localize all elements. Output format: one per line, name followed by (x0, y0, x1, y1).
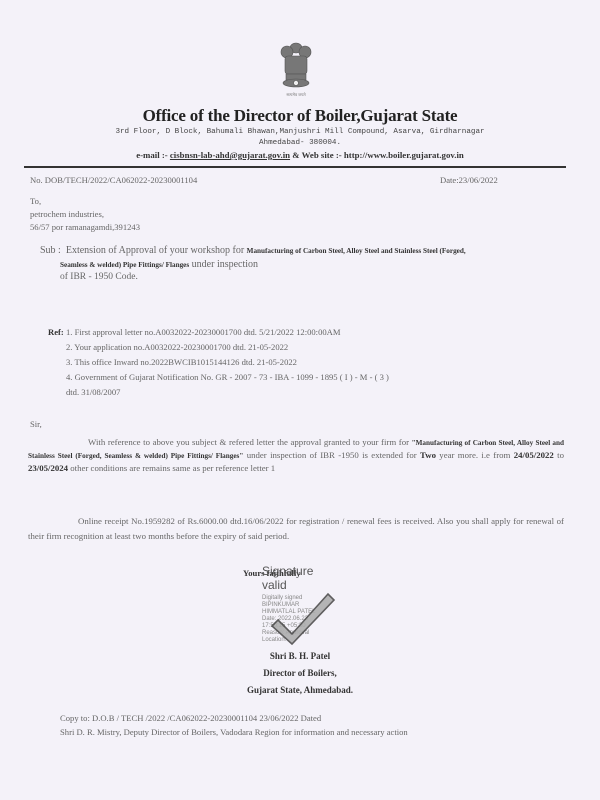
p1-term: Two (420, 450, 436, 460)
subject-text: Extension of Approval of your workshop f… (66, 245, 247, 256)
reference-item-4: 4. Government of Gujarat Notification No… (66, 372, 389, 382)
subject-label: Sub : (40, 245, 61, 256)
body-paragraph-1: With reference to above you subject & re… (28, 436, 564, 474)
subject-line-2: Seamless & welded) Pipe Fittings/ Flange… (60, 259, 258, 270)
reference-item-3: 3. This office Inward no.2022BWCIB101514… (66, 357, 297, 367)
ref-label: Ref: (48, 327, 64, 337)
office-title: Office of the Director of Boiler,Gujarat… (0, 106, 600, 126)
address-line-1: 3rd Floor, D Block, Bahumali Bhawan,Manj… (0, 128, 600, 136)
address-line-2: Ahmedabad- 380004. (0, 139, 600, 147)
subject-line-3: of IBR - 1950 Code. (60, 272, 138, 282)
letter-date: Date:23/06/2022 (440, 175, 498, 185)
copy-to-line-1: Copy to: D.O.B / TECH /2022 /CA062022-20… (60, 713, 321, 723)
reference-item-1: 1. First approval letter no.A0032022-202… (66, 327, 341, 337)
signer-office: Gujarat State, Ahmedabad. (0, 685, 600, 695)
stamp-title: Signature (262, 565, 315, 577)
subject-line-1: Sub : Extension of Approval of your work… (40, 245, 466, 256)
recipient-to: To, (30, 196, 41, 206)
subject-bold-1: Manufacturing of Carbon Steel, Alloy Ste… (247, 247, 466, 255)
references-label: Ref: (48, 327, 64, 337)
subject-bold-2: Seamless & welded) Pipe Fittings/ Flange… (60, 261, 189, 269)
header-divider (24, 166, 566, 168)
recipient-address: 56/57 por ramanagamdi,391243 (30, 222, 140, 232)
email-label: e-mail :- (136, 150, 170, 160)
website-label: & Web site :- (290, 150, 344, 160)
website-link[interactable]: http://www.boiler.gujarat.gov.in (344, 150, 464, 160)
p1-to-date: 23/05/2024 (28, 463, 68, 473)
reference-item-4-cont: dtd. 31/08/2007 (66, 387, 120, 397)
p1-text-d: other conditions are remains same as per… (68, 463, 275, 473)
recipient-name: petrochem industries, (30, 209, 104, 219)
email-link[interactable]: cisbnsn-lab-ahd@gujarat.gov.in (170, 150, 290, 160)
p1-text-b: under inspection of IBR -1950 is extende… (243, 450, 420, 460)
checkmark-icon (270, 588, 340, 648)
reference-number: No. DOB/TECH/2022/CA062022-20230001104 (30, 175, 197, 185)
p1-to-word: to (554, 450, 564, 460)
svg-text:सत्यमेव जयते: सत्यमेव जयते (286, 92, 306, 97)
reference-item-2: 2. Your application no.A0032022-20230001… (66, 342, 288, 352)
ashoka-emblem-icon: सत्यमेव जयते (276, 40, 316, 105)
p1-from-date: 24/05/2022 (514, 450, 554, 460)
p1-text-c: year more. i.e from (436, 450, 514, 460)
contact-line: e-mail :- cisbnsn-lab-ahd@gujarat.gov.in… (0, 150, 600, 160)
letter-page: सत्यमेव जयते Office of the Director of B… (0, 0, 600, 800)
copy-to-line-2: Shri D. R. Mistry, Deputy Director of Bo… (60, 727, 408, 737)
p1-text-a: With reference to above you subject & re… (88, 437, 412, 447)
body-paragraph-2: Online receipt No.1959282 of Rs.6000.00 … (28, 514, 564, 544)
signer-name: Shri B. H. Patel (0, 651, 600, 661)
signer-designation: Director of Boilers, (0, 668, 600, 678)
subject-text-end: under inspection (189, 259, 258, 270)
salutation: Sir, (30, 419, 42, 429)
